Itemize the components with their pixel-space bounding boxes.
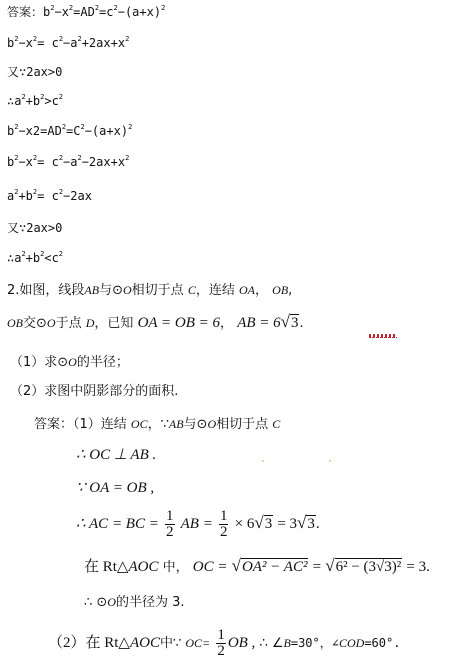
numerator: 1 <box>216 628 226 644</box>
step-text: = <box>313 559 321 575</box>
stem-text: 交⊙ <box>23 316 47 331</box>
comma: , <box>288 283 292 298</box>
var-ob: OB , <box>228 635 256 651</box>
angle-value: =30°，∠ <box>291 636 339 650</box>
text: 相切于点 <box>216 417 268 432</box>
sqrt: √3 <box>281 314 300 332</box>
proof1-line-5: b2−x2=AD2=C2−(a+x)2 <box>7 123 132 139</box>
angle-value: =60°. <box>364 636 400 650</box>
step-text: OC = <box>193 559 228 575</box>
var-o: O <box>207 417 216 431</box>
problem2-stem-line-1: 2.如图，线段AB与⊙O相切于点 C，连结 OA， OB, <box>7 282 292 299</box>
equation: b2−x2=AD2=c2−(a+x)2 <box>43 5 165 19</box>
artifact-dot <box>262 460 264 462</box>
numerator: 1 <box>219 509 229 525</box>
sqrt: √3 <box>254 515 273 533</box>
solution-step-5: ∴ ⊙O的半径为 3. <box>84 594 185 611</box>
proof1-line-3: 又∵2ax>0 <box>7 64 62 80</box>
proof1-line-9: ∴a2+b2<c2 <box>7 250 63 266</box>
answer-label: 答案：（1）连结 <box>34 417 127 432</box>
because: ，∵ <box>148 417 169 432</box>
proof1-line-8: 又∵2ax>0 <box>7 220 62 236</box>
radicand: 3 <box>306 515 316 532</box>
denominator: 2 <box>216 644 226 659</box>
stem-text: 于点 <box>56 316 82 331</box>
numerator: 1 <box>165 509 175 525</box>
step-text: × 6 <box>235 516 255 532</box>
given-ab: AB = 6 <box>237 315 280 331</box>
var-o: O <box>47 316 56 330</box>
period: . <box>316 516 320 532</box>
fraction-one-half: 12 <box>165 509 175 540</box>
solution-step-2: ∵ OA = OB , <box>76 480 154 496</box>
stem-text: ，连结 <box>196 283 235 298</box>
question-text: 的半径； <box>77 355 129 370</box>
step-text: = 3. <box>406 559 429 575</box>
solution-step-4: 在 Rt△AOC 中， OC = √OA² − AC² = √6² − (3√3… <box>84 558 430 576</box>
proof1-line-4: ∴a2+b2>c2 <box>7 93 63 109</box>
text: 与⊙ <box>184 417 208 432</box>
problem-number: 2. <box>7 283 19 298</box>
radicand: 3 <box>290 314 300 331</box>
step-text: （2）在 Rt△ <box>48 635 130 651</box>
solution-line-1: 答案：（1）连结 OC，∵AB与⊙O相切于点 C <box>34 416 280 433</box>
comma: ， <box>255 283 268 298</box>
var-oa: OA <box>239 283 255 297</box>
fraction-one-half: 12 <box>219 509 229 540</box>
denominator: 2 <box>165 525 175 540</box>
radicand: 6² − (3√3)² <box>335 558 403 575</box>
proof1-line-7: a2+b2= c2−2ax <box>7 188 92 204</box>
step-text: 在 Rt△ <box>84 559 128 575</box>
step-text: 中∵ <box>160 636 181 651</box>
proof1-line-6: b2−x2= c2−a2−2ax+x2 <box>7 154 129 170</box>
stem-text: 如图，线段 <box>19 283 84 298</box>
spellcheck-underline <box>369 334 397 338</box>
period: . <box>299 316 303 331</box>
var-ob: OB <box>272 283 288 297</box>
solution-part-2: （2）在 Rt△AOC中∵ OC= 12OB , ∴ ∠B=30°，∠COD=6… <box>48 628 400 656</box>
step-text: ∴ AC = BC = <box>76 516 159 532</box>
var-o: O <box>107 595 116 609</box>
denominator: 2 <box>219 525 229 540</box>
var-cod: COD <box>339 636 364 650</box>
proof1-line-1: 答案：b2−x2=AD2=c2−(a+x)2 <box>7 4 165 20</box>
var-aoc: AOC <box>128 559 158 575</box>
step-text: 中， <box>163 560 189 575</box>
sqrt: √3 <box>297 515 316 533</box>
question-text: （1）求⊙ <box>10 355 68 370</box>
stem-text: 相切于点 <box>132 283 184 298</box>
given-equation: OA = OB = 6 <box>138 315 220 331</box>
var-aoc: AOC <box>130 635 160 651</box>
radicand: 3 <box>264 515 274 532</box>
var-ab: AB <box>84 283 99 297</box>
step-text: ∴ ⊙ <box>84 595 107 610</box>
fraction-one-half: 12 <box>216 628 226 659</box>
answer-label: 答案： <box>7 5 43 19</box>
solution-step-1: ∴ OC ⊥ AB . <box>76 447 156 463</box>
comma: ， <box>220 316 233 331</box>
step-text: ∴ ∠ <box>259 636 283 651</box>
step-text: AB = <box>181 516 213 532</box>
solution-step-3: ∴ AC = BC = 12 AB = 12 × 6√3 = 3√3. <box>76 509 320 537</box>
var-b: B <box>284 636 291 650</box>
radicand: OA² − AC² <box>241 558 309 575</box>
step-text: 的半径为 3. <box>116 595 185 610</box>
var-ob: OB <box>7 316 23 330</box>
question-1: （1）求⊙O的半径； <box>10 354 129 371</box>
problem2-stem-line-2: OB交⊙O于点 D，已知 OA = OB = 6， AB = 6√3. <box>7 314 304 332</box>
var-ab: AB <box>169 417 184 431</box>
stem-text: 与⊙ <box>99 283 123 298</box>
sqrt: √OA² − AC² <box>232 558 309 576</box>
proof1-line-2: b2−x2= c2−a2+2ax+x2 <box>7 35 129 51</box>
var-c: C <box>188 283 196 297</box>
var-o: O <box>68 355 77 369</box>
var-oc: OC= <box>185 636 210 650</box>
sqrt: √6² − (3√3)² <box>325 558 402 576</box>
stem-text: ，已知 <box>94 316 133 331</box>
var-c: C <box>272 417 280 431</box>
var-o: O <box>123 283 132 297</box>
artifact-dot <box>329 460 331 462</box>
step-text: = 3 <box>277 516 297 532</box>
question-2: （2）求图中阴影部分的面积. <box>10 384 178 400</box>
var-oc: OC <box>131 417 148 431</box>
